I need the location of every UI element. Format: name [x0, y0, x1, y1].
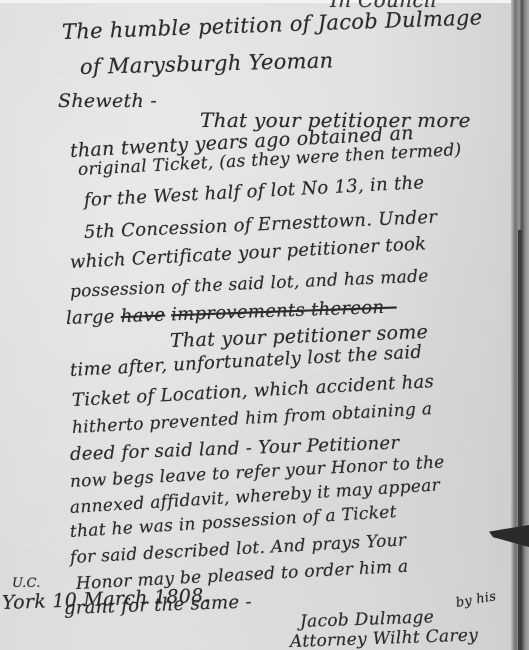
page-top-edge [0, 0, 529, 3]
petition-title-line: The humble petition of Jacob Dulmage [62, 5, 483, 44]
word-large: large [66, 306, 115, 329]
sheweth-line: Sheweth - [58, 90, 157, 112]
struck-word-have: have [120, 305, 165, 328]
place-annotation: U.C. [12, 576, 41, 591]
petition-line: for the West half of lot No 13, in the [83, 172, 424, 211]
petition-line: of Marysburgh Yeoman [80, 48, 334, 79]
binding-shadow [518, 230, 522, 650]
improvements-text: improvements thereon - [171, 296, 397, 325]
pen-tip-shadow [489, 525, 529, 547]
manuscript-page: In Council The humble petition of Jacob … [0, 0, 529, 650]
signature-by-his: by his [455, 589, 498, 611]
